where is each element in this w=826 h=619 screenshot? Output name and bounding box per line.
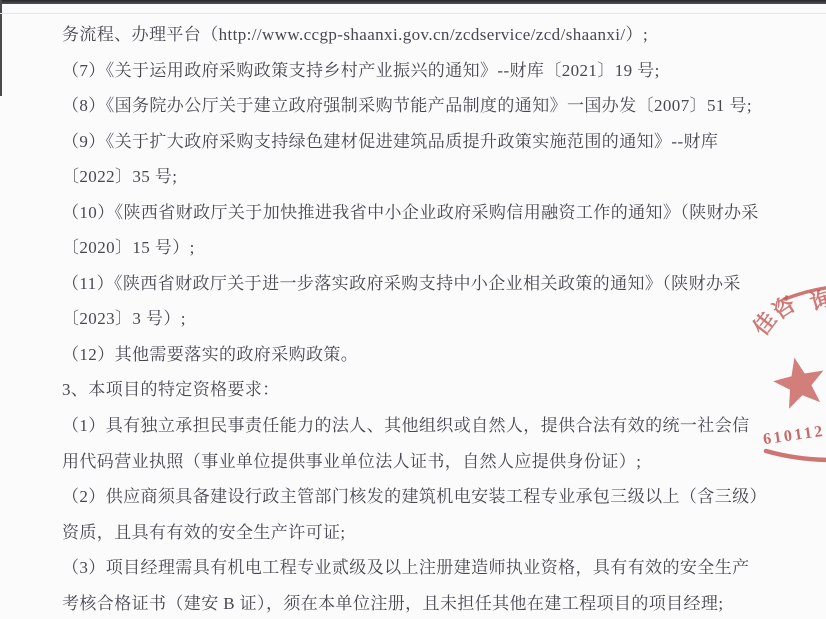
document-line: （2）供应商须具备建设行政主管部门核发的建筑机电安装工程专业承包三级以上（含三级… [62,479,802,515]
document-line: （3）项目经理需具有机电工程专业贰级及以上注册建造师执业资格，具有有效的安全生产 [62,550,802,586]
document-line: （9）《关于扩大政府采购支持绿色建材促进建筑品质提升政策实施范围的通知》--财库 [62,124,802,160]
document-line: （12）其他需要落实的政府采购政策。 [62,337,802,373]
star-icon [773,358,823,409]
document-line: 〔2022〕35 号; [62,159,802,195]
window-edge-left [0,0,2,96]
document-line: （10）《陕西省财政厅关于加快推进我省中小企业政府采购信用融资工作的通知》（陕财… [62,195,802,231]
document-line: 3、本项目的特定资格要求： [62,372,802,408]
document-line: 务流程、办理平台（http://www.ccgp-shaanxi.gov.cn/… [62,17,802,53]
document-line: 用代码营业执照（事业单位提供事业单位法人证书，自然人应提供身份证）; [62,444,802,480]
window-edge-bar [0,0,826,4]
document-line: （7）《关于运用政府采购政策支持乡村产业振兴的通知》--财库〔2021〕19 号… [62,53,802,89]
page-edge-line [0,13,826,14]
document-line: 资质，且具有有效的安全生产许可证; [62,515,802,551]
company-seal-stamp: 佳 咨 询 610112 [740,283,826,475]
document-line: 〔2023〕3 号）; [62,301,802,337]
document-line: 〔2020〕15 号）; [62,230,802,266]
document-line: （11）《陕西省财政厅关于进一步落实政府采购支持中小企业相关政策的通知》（陕财办… [62,266,802,302]
document-line: 考核合格证书（建安 B 证），须在本单位注册，且未担任其他在建工程项目的项目经理… [62,586,802,619]
document-line: （1）具有独立承担民事责任能力的法人、其他组织或自然人，提供合法有效的统一社会信 [62,408,802,444]
document-line: （8）《国务院办公厅关于建立政府强制采购节能产品制度的通知》一国办发〔2007〕… [62,88,802,124]
document-text: 务流程、办理平台（http://www.ccgp-shaanxi.gov.cn/… [62,17,802,619]
seal-bottom-arc [766,451,826,460]
